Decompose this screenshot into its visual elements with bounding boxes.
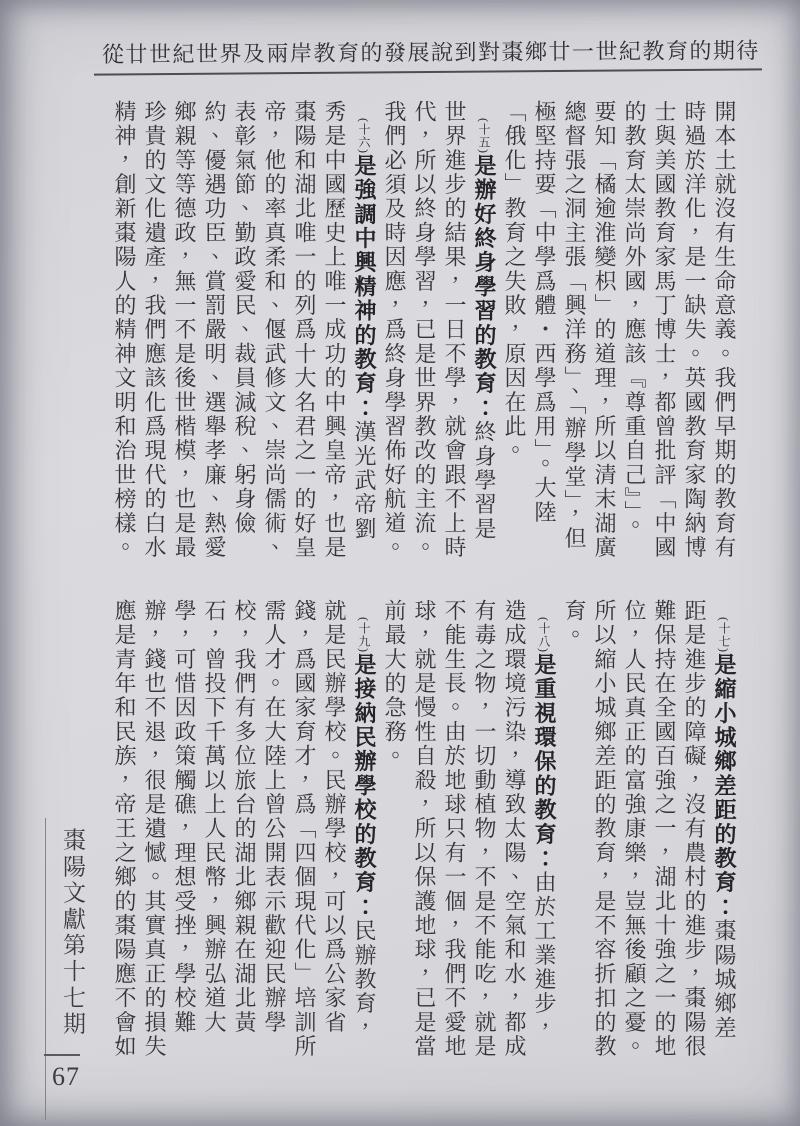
body-text: 漢光武帝劉秀是中國歷史上唯一成功的中興皇帝，也是棗陽和湖北唯一的列爲十大名君之一… (112, 100, 377, 560)
journal-title: 棗陽文獻第十七期 (62, 828, 89, 1048)
paragraph-continuation: 開本土就沒有生命意義。我們早期的教育有時過於洋化，是一缺失。英國教育家陶納博士與… (499, 100, 739, 560)
section-marker: (十九) (357, 617, 371, 653)
section-heading: 是強調中興精神的教育： (352, 154, 377, 420)
section-marker: (十七) (717, 617, 731, 653)
body-text: 民辦教育，就是民辦學校。民辦學校，可以爲公家省錢，爲國家育才，爲「四個現代化」培… (112, 599, 377, 1059)
lower-text-block: (十七)是縮小城鄉差距的教育：棗陽城鄉差距是進步的障礙，沒有農村的進步，棗陽很難… (107, 599, 739, 1059)
body-text: 開本土就沒有生命意義。我們早期的教育有時過於洋化，是一缺失。英國教育家陶納博士與… (502, 100, 737, 560)
title-underline (94, 68, 762, 75)
page-title: 從廿世紀世界及兩岸教育的發展說到對棗鄉廿一世紀教育的期待 (100, 34, 762, 69)
upper-text-block: 開本土就沒有生命意義。我們早期的教育有時過於洋化，是一缺失。英國教育家陶納博士與… (107, 100, 739, 560)
section-heading: 是縮小城鄉差距的教育： (712, 653, 737, 919)
section-marker: (十八) (537, 617, 551, 653)
paragraph-section-15: (十五)是辦好終身學習的教育：終身學習是世界進步的結果，一日不學，就會跟不上時代… (379, 100, 499, 560)
section-marker: (十五) (477, 118, 491, 154)
scanned-page: 從廿世紀世界及兩岸教育的發展說到對棗鄉廿一世紀教育的期待 開本土就沒有生命意義。… (0, 0, 800, 1126)
paragraph-section-18: (十八)是重視環保的教育：由於工業進步，造成環境污染，導致太陽、空氣和水，都成有… (379, 599, 559, 1059)
body-text: 棗陽城鄉差距是進步的障礙，沒有農村的進步，棗陽很難保持在全國百強之一，湖北十強之… (562, 599, 737, 1059)
paragraph-section-19: (十九)是接納民辦學校的教育：民辦教育，就是民辦學校。民辦學校，可以爲公家省錢，… (109, 599, 379, 1059)
section-marker: (十六) (357, 118, 371, 154)
section-heading: 是接納民辦學校的教育： (352, 653, 377, 919)
page-number: 67 (52, 1062, 80, 1092)
sidebar-tick-rule (44, 1054, 80, 1056)
sidebar-vertical-rule (45, 818, 46, 1120)
paragraph-section-17: (十七)是縮小城鄉差距的教育：棗陽城鄉差距是進步的障礙，沒有農村的進步，棗陽很難… (559, 599, 739, 1059)
body-text: 由於工業進步，造成環境污染，導致太陽、空氣和水，都成有毒之物，一切動植物，不是不… (382, 599, 557, 1059)
section-heading: 是重視環保的教育： (532, 653, 557, 871)
paragraph-section-16: (十六)是強調中興精神的教育：漢光武帝劉秀是中國歷史上唯一成功的中興皇帝，也是棗… (109, 100, 379, 560)
section-heading: 是辦好終身學習的教育： (472, 154, 497, 420)
